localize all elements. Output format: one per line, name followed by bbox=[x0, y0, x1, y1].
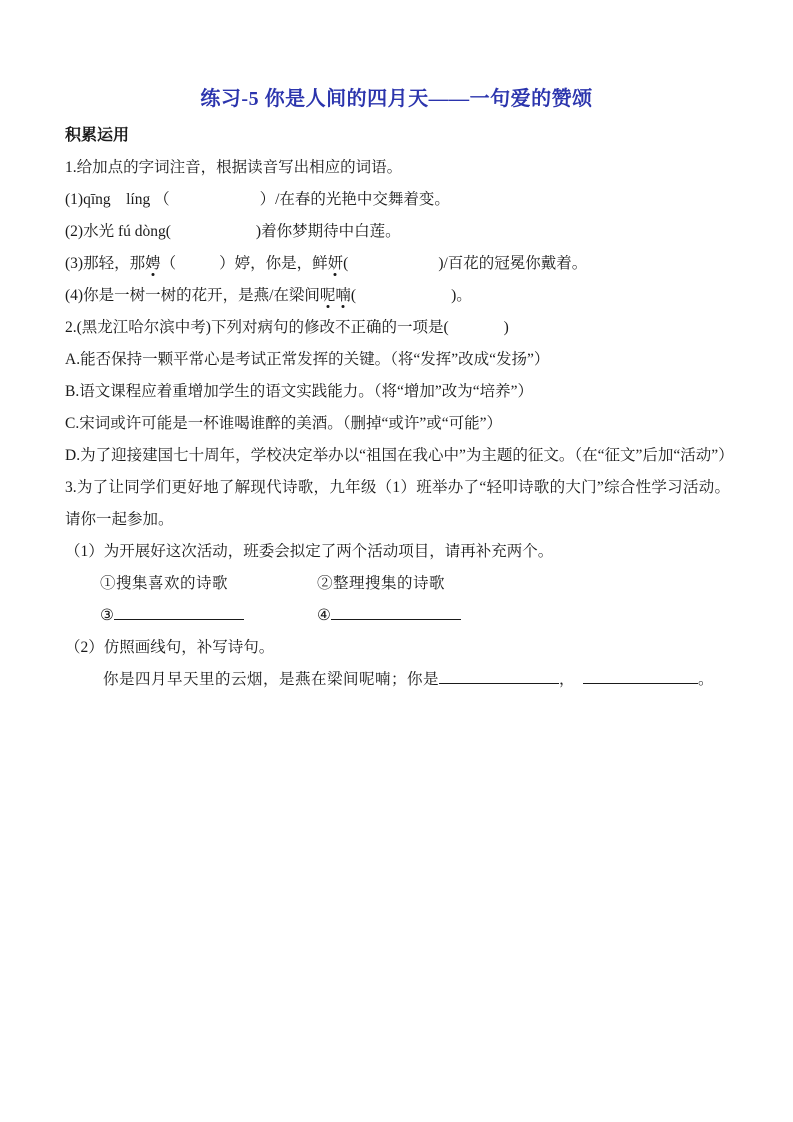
q3-sub1-items: ①搜集喜欢的诗歌②整理搜集的诗歌 bbox=[65, 568, 730, 600]
worksheet-body: 积累运用 1.给加点的字词注音，根据读音写出相应的词语。 (1)qīng lín… bbox=[65, 120, 730, 696]
section-heading: 积累运用 bbox=[65, 120, 730, 152]
q3-sub2-sentence: 你是四月早天里的云烟，是燕在梁间呢喃；你是，。 bbox=[65, 664, 730, 696]
answer-blank-line bbox=[583, 667, 698, 684]
q1-item-2: (2)水光 fú dòng()着你梦期待中白莲。 bbox=[65, 216, 730, 248]
q2-option-b: B.语文课程应着重增加学生的语文实践能力。（将“增加”改为“培养”） bbox=[65, 376, 730, 408]
page-title: 练习-5 你是人间的四月天——一句爱的赞颂 bbox=[0, 82, 793, 111]
q1-item-1-post: ）/在春的光艳中交舞着变。 bbox=[260, 191, 450, 208]
sentence-period: 。 bbox=[698, 671, 714, 688]
q1-item-4: (4)你是一树一树的花开，是燕/在梁间呢喃()。 bbox=[65, 280, 730, 312]
activity-blank-3: ③ bbox=[100, 600, 317, 632]
dotted-char: 呢 bbox=[320, 287, 336, 304]
q1-stem: 1.给加点的字词注音，根据读音写出相应的词语。 bbox=[65, 152, 730, 184]
activity-blank-4: ④ bbox=[317, 607, 461, 624]
q1-item-3-text: ( bbox=[343, 255, 348, 272]
q1-item-3: (3)那轻，那娉（）婷，你是，鲜妍()/百花的冠冕你戴着。 bbox=[65, 248, 730, 280]
q2-option-d: D.为了迎接建国七十周年，学校决定举办以“祖国在我心中”为主题的征文。（在“征文… bbox=[65, 440, 730, 472]
answer-blank-line bbox=[439, 667, 559, 684]
dotted-char: 喃 bbox=[335, 287, 351, 304]
blank-3-label: ③ bbox=[100, 607, 114, 624]
q2-stem-text: ) bbox=[504, 319, 509, 336]
dotted-char: 妍 bbox=[328, 255, 344, 272]
worksheet-page: 练习-5 你是人间的四月天——一句爱的赞颂 积累运用 1.给加点的字词注音，根据… bbox=[0, 0, 793, 1122]
q1-item-3-text: )/百花的冠冕你戴着。 bbox=[438, 255, 587, 272]
q1-item-3-text: （ bbox=[161, 255, 177, 272]
q2-stem: 2.(黑龙江哈尔滨中考)下列对病句的修改不正确的一项是() bbox=[65, 312, 730, 344]
dotted-char: 娉 bbox=[145, 255, 161, 272]
activity-item-1: ①搜集喜欢的诗歌 bbox=[100, 568, 317, 600]
q1-item-3-text: ）婷，你是，鲜 bbox=[219, 255, 328, 272]
model-sentence: 你是四月早天里的云烟，是燕在梁间呢喃；你是 bbox=[103, 671, 439, 688]
q1-item-2-pre: (2)水光 fú dòng( bbox=[65, 223, 171, 240]
q1-item-4-text: (4)你是一树一树的花开，是燕/在梁间 bbox=[65, 287, 320, 304]
q1-item-4-text: )。 bbox=[451, 287, 472, 304]
q1-item-3-text: (3)那轻，那 bbox=[65, 255, 145, 272]
q1-item-2-post: )着你梦期待中白莲。 bbox=[256, 223, 401, 240]
q3-sub1-blanks: ③④ bbox=[65, 600, 730, 632]
q2-option-a: A.能否保持一颗平常心是考试正常发挥的关键。（将“发挥”改成“发扬”） bbox=[65, 344, 730, 376]
q3-sub1-stem: （1）为开展好这次活动，班委会拟定了两个活动项目，请再补充两个。 bbox=[65, 536, 730, 568]
q3-sub2-stem: （2）仿照画线句，补写诗句。 bbox=[65, 632, 730, 664]
q1-item-1-pre: (1)qīng líng （ bbox=[65, 191, 170, 208]
q1-item-4-text: ( bbox=[351, 287, 356, 304]
activity-item-2: ②整理搜集的诗歌 bbox=[317, 575, 445, 592]
answer-blank-line bbox=[114, 603, 244, 620]
q2-option-c: C.宋词或许可能是一杯谁喝谁醉的美酒。（删掉“或许”或“可能”） bbox=[65, 408, 730, 440]
q3-stem: 3.为了让同学们更好地了解现代诗歌，九年级（1）班举办了“轻叩诗歌的大门”综合性… bbox=[65, 472, 730, 536]
sentence-comma: ， bbox=[559, 671, 575, 688]
answer-blank-line bbox=[331, 603, 461, 620]
blank-4-label: ④ bbox=[317, 607, 331, 624]
q1-item-1: (1)qīng líng （）/在春的光艳中交舞着变。 bbox=[65, 184, 730, 216]
q2-stem-text: 2.(黑龙江哈尔滨中考)下列对病句的修改不正确的一项是( bbox=[65, 319, 449, 336]
